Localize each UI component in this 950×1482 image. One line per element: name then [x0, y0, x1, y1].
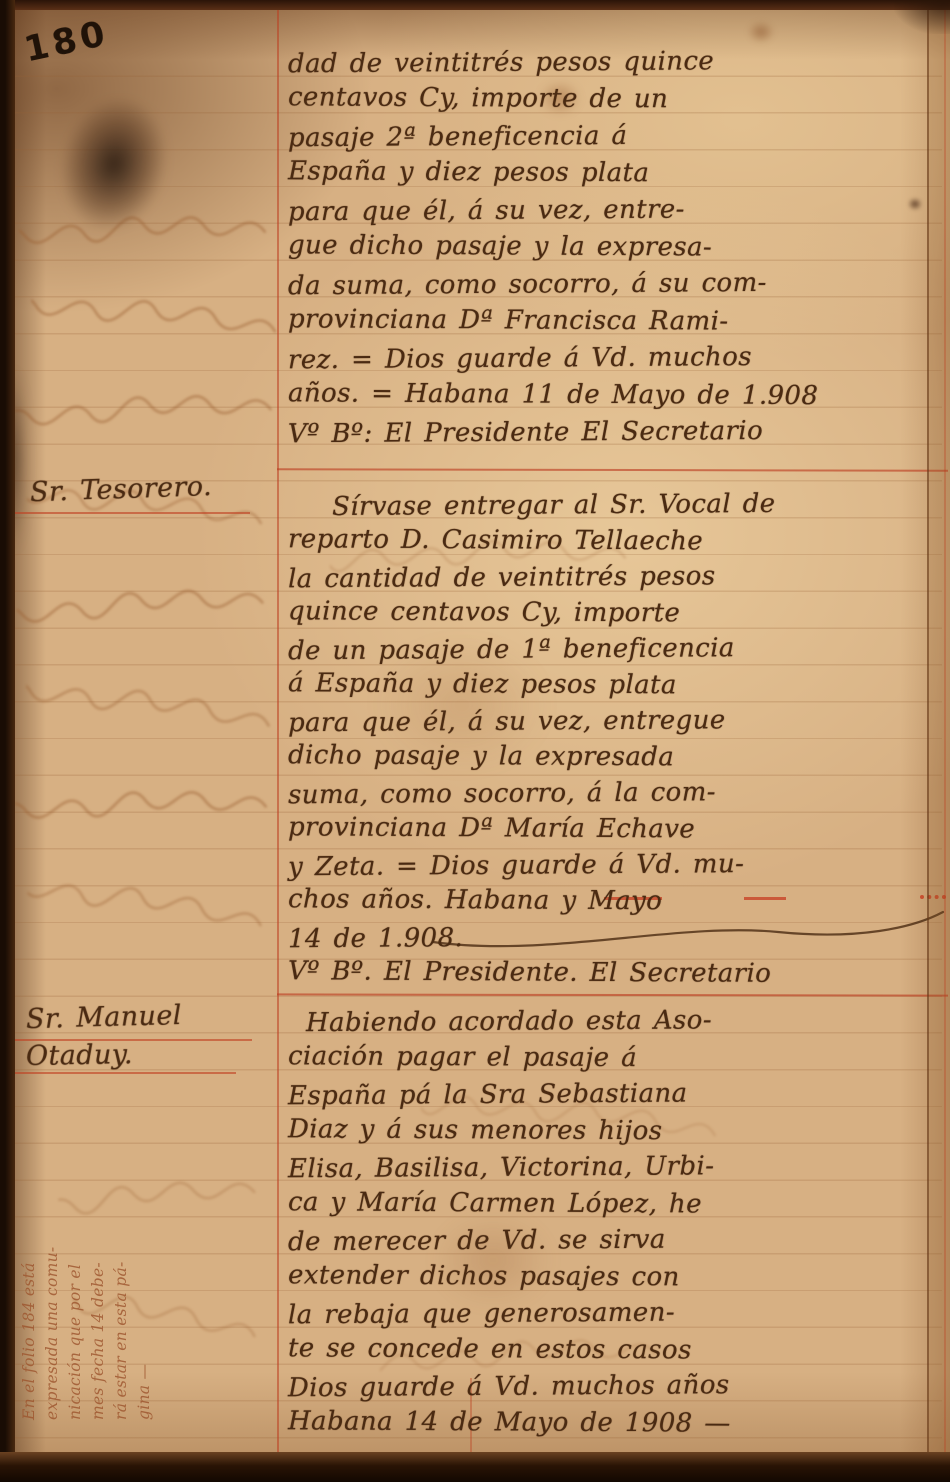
entry-line: años. = Habana 11 de Mayo de 1.908	[288, 375, 943, 415]
vertical-note-line: gina —	[133, 1072, 156, 1420]
margin-note-tesorero: Sr. Tesorero.	[30, 471, 213, 508]
entry-line: la rebaja que generosamen-	[288, 1293, 943, 1334]
adjacent-page-strip	[929, 8, 950, 1454]
vertical-margin-note: En el folio 184 está expresada una comu-…	[18, 1072, 156, 1420]
entry-line: para que él, á su vez, entregue	[288, 701, 943, 742]
entry-line: te se concede en estos casos	[288, 1330, 943, 1370]
entry-line: Habiendo acordado esta Aso-	[288, 1001, 943, 1042]
margin-note-underline	[14, 512, 250, 514]
entry-line: centavos Cy, importe de un	[288, 79, 943, 119]
book-edge-left	[0, 0, 15, 1482]
entry-line: ca y María Carmen López, he	[288, 1184, 943, 1224]
entry-line: reparto D. Casimiro Tellaeche	[288, 521, 943, 560]
entry-line: provinciana Dª María Echave	[288, 809, 943, 848]
vertical-note-line: En el folio 184 está	[18, 1072, 41, 1420]
entry-line: ciación pagar el pasaje á	[288, 1038, 943, 1078]
ledger-entry-2: Sírvase entregar al Sr. Vocal de reparto…	[288, 487, 943, 991]
entry-line: de merecer de Vd. se sirva	[288, 1220, 943, 1261]
entry-line: chos años. Habana y Mayo	[288, 881, 943, 920]
vertical-note-line: expresada una comu-	[41, 1072, 64, 1420]
entry-line: á España y diez pesos plata	[288, 665, 943, 704]
margin-rule-line	[277, 10, 279, 1454]
entry-line: dicho pasaje y la expresada	[288, 737, 943, 776]
margin-note-otaduy-line2: Otaduy.	[26, 1039, 133, 1072]
ledger-entry-3: Habiendo acordado esta Aso- ciación paga…	[288, 1003, 943, 1441]
entry-line: Sírvase entregar al Sr. Vocal de	[288, 485, 943, 526]
entry-line: Dios guarde á Vd. muchos años	[288, 1366, 943, 1407]
entry-line: rez. = Dios guarde á Vd. muchos	[288, 338, 943, 380]
ledger-page: 180 Sr. Tesorero. Sr. Manuel Otaduy. En …	[0, 0, 950, 1482]
book-edge-bottom	[0, 1452, 950, 1482]
entry-line: provinciana Dª Francisca Rami-	[288, 301, 943, 341]
margin-note-otaduy-line1: Sr. Manuel	[26, 1000, 183, 1035]
entry-line: dad de veintitrés pesos quince	[288, 42, 943, 84]
entry-line: suma, como socorro, á la com-	[288, 773, 943, 814]
entry-line: da suma, como socorro, á su com-	[288, 264, 943, 306]
entry-line: España y diez pesos plata	[288, 153, 943, 193]
entry-line: de un pasaje de 1ª beneficencia	[288, 629, 943, 670]
entry-line: Vº Bº. El Presidente. El Secretario	[288, 953, 943, 992]
vertical-note-line: rá estar en esta pá-	[110, 1072, 133, 1420]
entry-line: gue dicho pasaje y la expresa-	[288, 227, 943, 267]
book-edge-top	[0, 0, 950, 10]
book-corner-shadow	[894, 0, 950, 34]
entry-line: pasaje 2ª beneficencia á	[288, 116, 943, 158]
entry-line: España pá la Sra Sebastiana	[288, 1074, 943, 1115]
entry-line: Habana 14 de Mayo de 1908 —	[288, 1403, 943, 1443]
vertical-note-line: mes fecha 14 debe-	[87, 1072, 110, 1420]
ledger-entry-1: dad de veintitrés pesos quince centavos …	[288, 44, 943, 451]
vertical-note-line: nicación que por el	[64, 1072, 87, 1420]
entry-line: quince centavos Cy, importe	[288, 593, 943, 632]
entry-line: Vº Bº: El Presidente El Secretario	[288, 412, 943, 454]
entry-line: y Zeta. = Dios guarde á Vd. mu-	[288, 845, 943, 886]
entry-line: extender dichos pasajes con	[288, 1257, 943, 1297]
entry-line: Diaz y á sus menores hijos	[288, 1111, 943, 1151]
adjacent-page-rule-line	[944, 8, 946, 1454]
entry-line: Elisa, Basilisa, Victorina, Urbi-	[288, 1147, 943, 1188]
entry-line: la cantidad de veintitrés pesos	[288, 557, 943, 598]
entry-line: para que él, á su vez, entre-	[288, 190, 943, 232]
entry-line: 14 de 1.908.	[288, 917, 943, 958]
